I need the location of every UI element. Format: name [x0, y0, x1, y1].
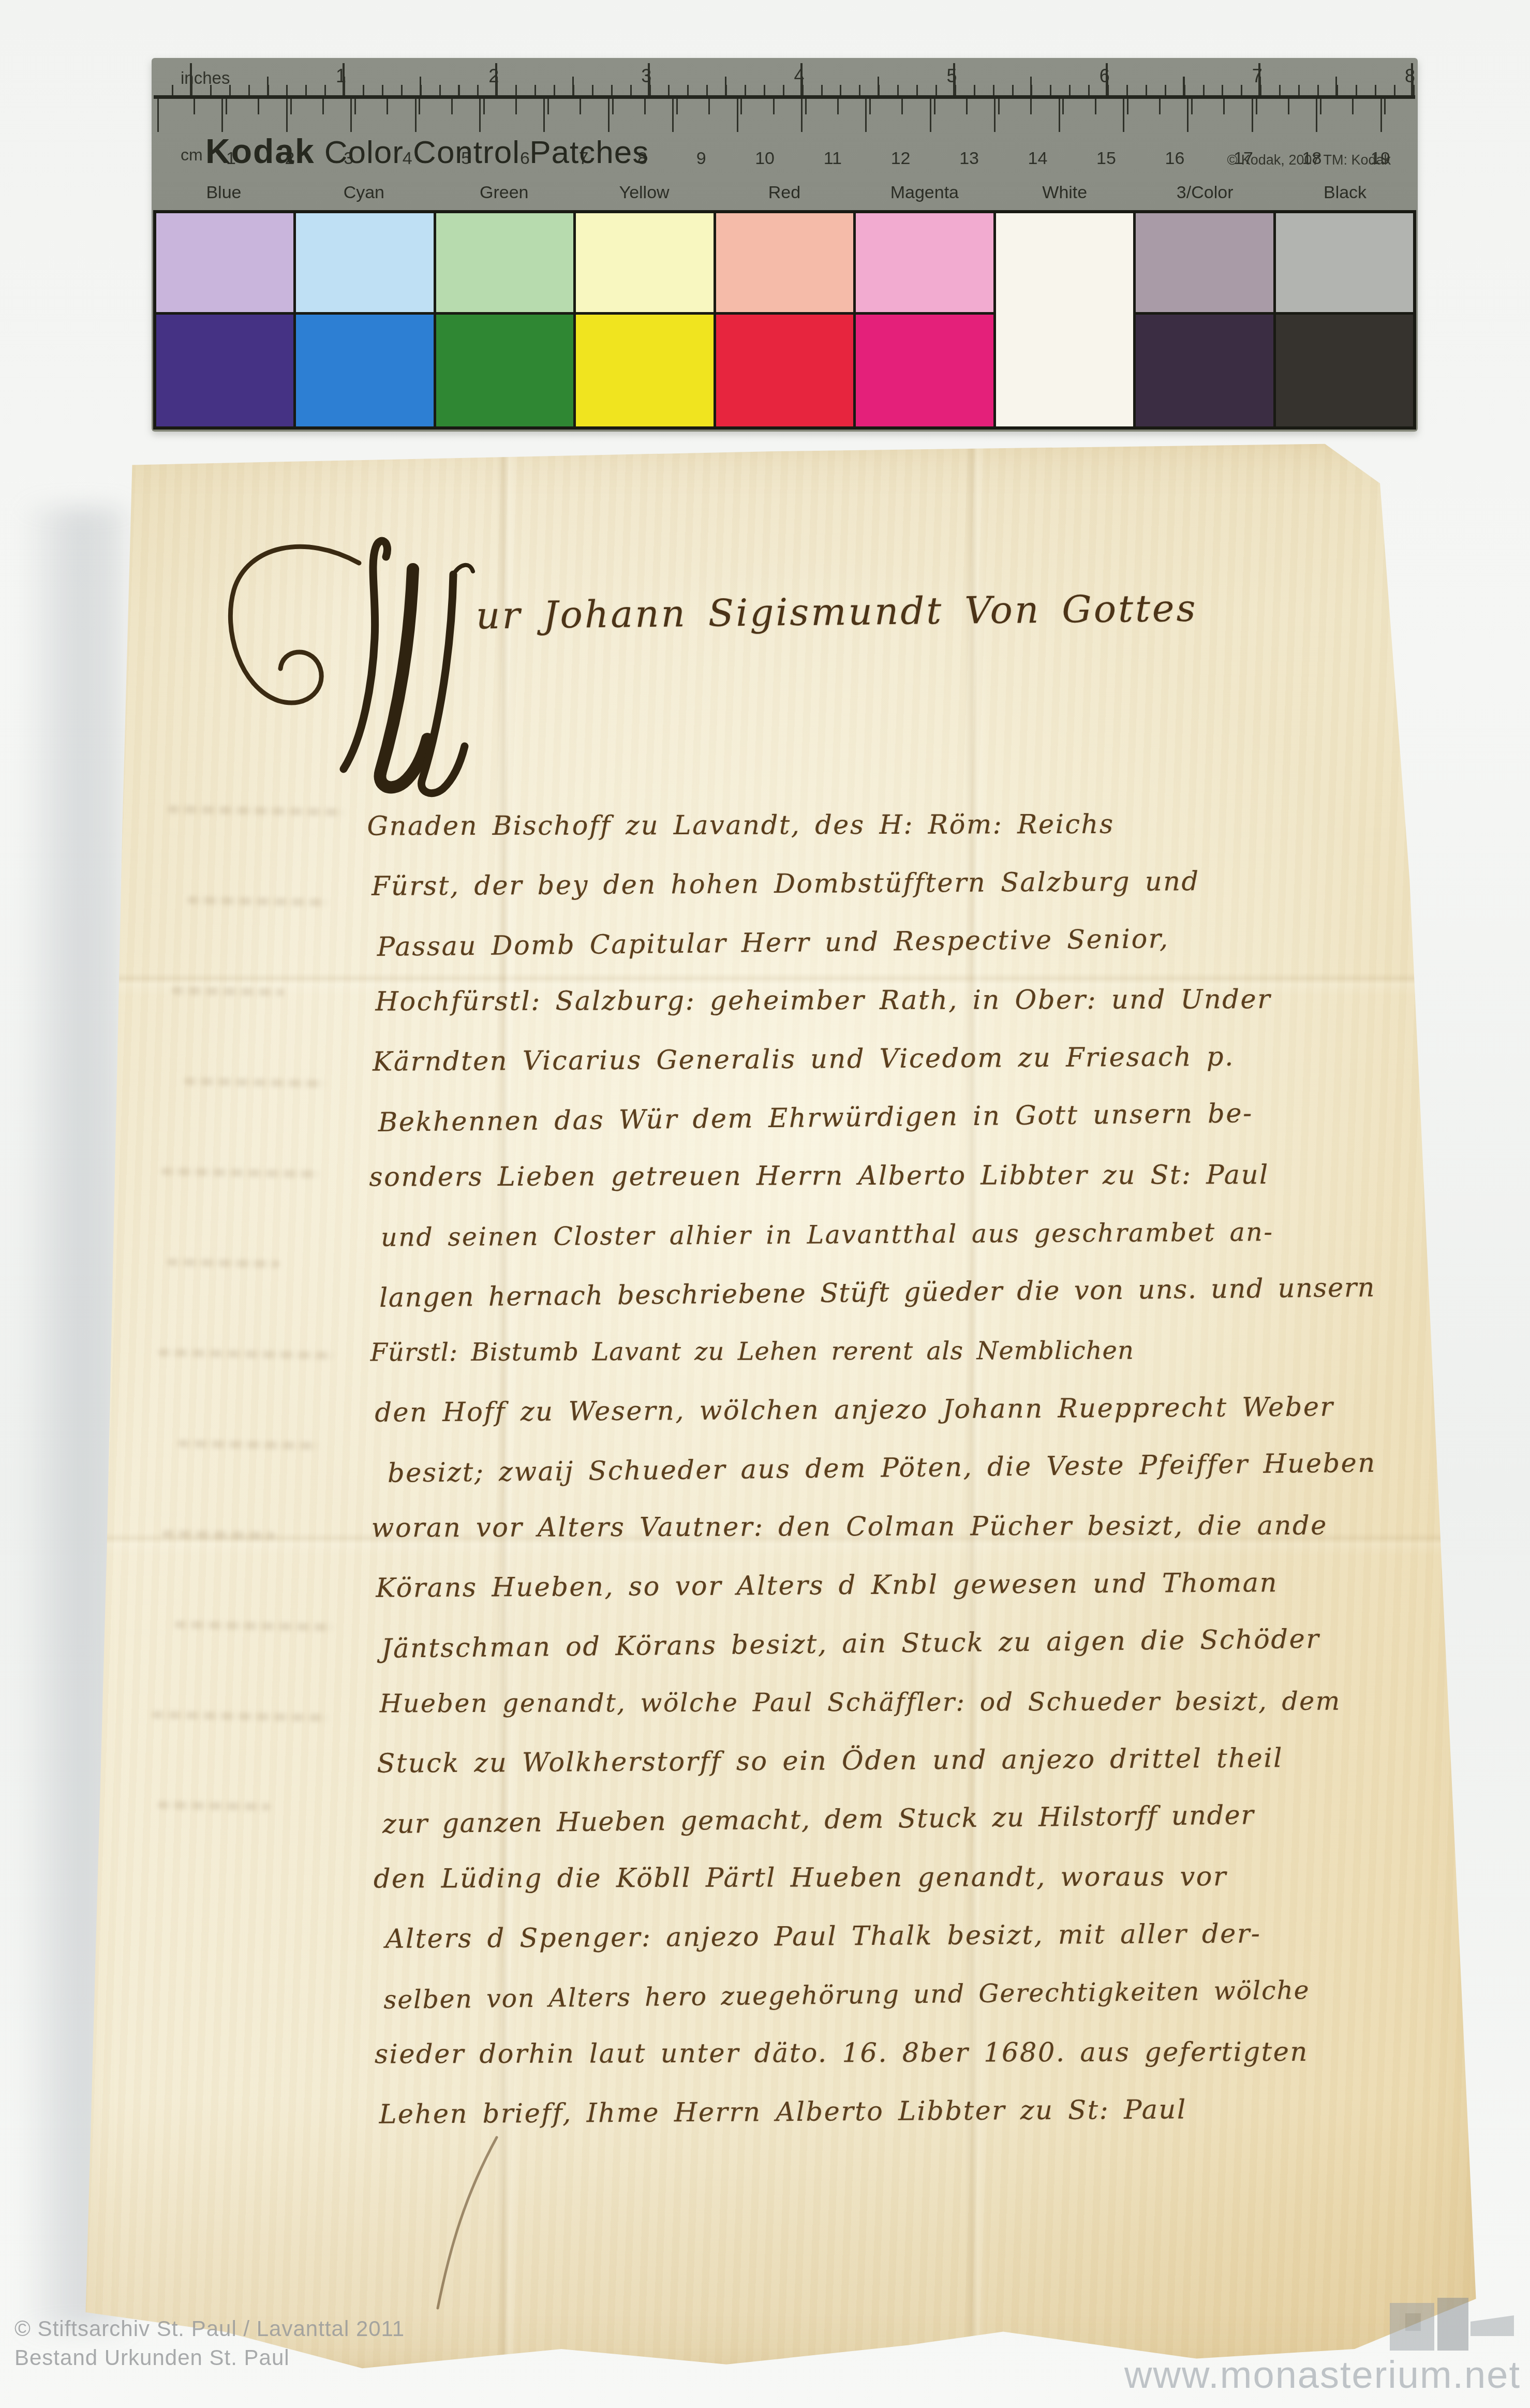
manuscript-line: Stuck zu Wolkherstorff so ein Öden und a…: [377, 1729, 1365, 1793]
patch-label: 3/Color: [1135, 178, 1275, 207]
kodak-brand: Kodak: [205, 132, 315, 170]
archival-scan-page: inches 12345678 cm 123456789101112131415…: [0, 0, 1530, 2408]
color-patch-column: [434, 213, 573, 426]
color-patch-dark: [1136, 315, 1273, 426]
patch-label: White: [994, 178, 1135, 207]
inch-number: 3: [641, 65, 651, 87]
patch-label: Black: [1275, 178, 1415, 207]
manuscript-line: besizt; zwaij Schueder aus dem Pöten, di…: [387, 1434, 1369, 1503]
color-bar-title: KodakColor Control Patches: [205, 131, 649, 171]
color-patch-light: [996, 213, 1133, 315]
color-patch-grid: [153, 210, 1416, 430]
inch-number: 5: [947, 65, 957, 87]
manuscript-line: sonders Lieben getreuen Herrn Alberto Li…: [369, 1146, 1357, 1207]
inch-number: 8: [1405, 65, 1415, 87]
inch-number: 6: [1100, 65, 1110, 87]
color-patch-dark: [1276, 315, 1413, 426]
color-patch-column: [293, 213, 433, 426]
archive-watermark: © Stiftsarchiv St. Paul / Lavanttal 2011…: [14, 2314, 405, 2372]
manuscript-line: woran vor Alters Vautner: den Colman Püc…: [372, 1497, 1360, 1558]
color-patch-light: [1136, 213, 1273, 315]
color-patch-dark: [716, 315, 853, 426]
color-patch-column: [156, 213, 293, 426]
color-patch-light: [436, 213, 573, 315]
manuscript-line: Passau Domb Capitular Herr und Respectiv…: [377, 908, 1365, 977]
manuscript-line: Hueben genandt, wölche Paul Schäffler: o…: [380, 1672, 1361, 1733]
color-patch-dark: [576, 315, 713, 426]
color-patch-light: [296, 213, 433, 315]
manuscript-line: den Hoff zu Wesern, wölchen anjezo Johan…: [375, 1378, 1363, 1442]
cm-number: 12: [891, 149, 911, 169]
color-patch-column: [1133, 213, 1273, 426]
cm-number: 13: [959, 149, 979, 169]
color-patch-dark: [296, 315, 433, 426]
manuscript-line: Jäntschman od Körans besizt, ain Stuck z…: [381, 1609, 1370, 1678]
ruler-inches-label: inches: [181, 68, 230, 88]
manuscript-line: und seinen Closter alhier in Lavantthal …: [381, 1202, 1362, 1267]
manuscript-line: langen hernach beschriebene Stüft güeder…: [379, 1259, 1368, 1327]
cm-number: 11: [824, 149, 842, 169]
color-patch-dark: [156, 315, 293, 426]
archive-watermark-line2: Bestand Urkunden St. Paul: [14, 2343, 405, 2372]
patch-label: Green: [434, 178, 574, 207]
inch-number: 4: [794, 65, 804, 87]
inch-number: 2: [488, 65, 499, 87]
manuscript-body: Gnaden Bischoff zu Lavandt, des H: Röm: …: [371, 793, 1368, 2144]
manuscript-line: Hochfürstl: Salzburg: geheimber Rath, in…: [375, 970, 1356, 1031]
color-patch-light: [156, 213, 293, 315]
manuscript-line: sieder dorhin laut unter däto. 16. 8ber …: [375, 2023, 1363, 2084]
manuscript-line: Fürstl: Bistumb Lavant zu Lehen rerent a…: [370, 1321, 1358, 1382]
monasterium-logo-watermark: [1390, 2298, 1514, 2355]
color-patch-light: [716, 213, 853, 315]
calligraphic-initial-w: [206, 532, 516, 822]
cm-number: 16: [1165, 149, 1185, 169]
cm-number: 9: [696, 149, 706, 169]
manuscript-line: Fürst, der bey den hohen Dombstüfftern S…: [372, 851, 1360, 916]
color-patch-dark: [996, 315, 1133, 426]
kodak-copyright: © Kodak, 2007 TM: Kodak: [1227, 152, 1391, 168]
color-patch-column: [573, 213, 713, 426]
monasterium-url-watermark: www.monasterium.net: [1124, 2353, 1521, 2397]
color-patch-dark: [856, 315, 993, 426]
archive-watermark-line1: © Stiftsarchiv St. Paul / Lavanttal 2011: [14, 2314, 405, 2343]
patch-label: Red: [715, 178, 855, 207]
kodak-color-control-bar: inches 12345678 cm 123456789101112131415…: [152, 58, 1418, 432]
manuscript-line: Körans Hueben, so vor Alters d Knbl gewe…: [376, 1553, 1364, 1618]
color-patch-light: [856, 213, 993, 315]
inch-number: 1: [336, 65, 346, 87]
color-patch-dark: [436, 315, 573, 426]
parchment-charter: ur Johann Sigismundt Von Gottes Gnaden B…: [67, 440, 1479, 2370]
cm-number: 10: [755, 149, 775, 169]
manuscript-line: Bekhennen das Wür dem Ehrwürdigen in Got…: [378, 1083, 1366, 1152]
manuscript-line: Alters d Spenger: anjezo Paul Thalk besi…: [385, 1904, 1366, 1969]
color-patch-light: [1276, 213, 1413, 315]
cm-number: 14: [1028, 149, 1048, 169]
color-bar-title-text: Color Control Patches: [324, 135, 649, 170]
inch-number: 7: [1252, 65, 1262, 87]
cm-number: 15: [1096, 149, 1116, 169]
manuscript-line: den Lüding die Köbll Pärtl Hueben genand…: [374, 1848, 1362, 1909]
ruler-inch-numbers: 12345678: [336, 65, 1415, 87]
patch-labels-row: BlueCyanGreenYellowRedMagentaWhite3/Colo…: [154, 178, 1415, 207]
patch-label: Blue: [154, 178, 294, 207]
manuscript-line: Gnaden Bischoff zu Lavandt, des H: Röm: …: [367, 795, 1355, 856]
ruler-inches: inches 12345678: [154, 61, 1415, 99]
color-patch-column: [993, 213, 1133, 426]
color-patch-column: [853, 213, 993, 426]
manuscript-line: selben von Alters hero zuegehörung und G…: [383, 1960, 1372, 2029]
manuscript-line: zur ganzen Hueben gemacht, dem Stuck zu …: [382, 1785, 1371, 1854]
manuscript-opening-line: ur Johann Sigismundt Von Gottes: [476, 584, 1408, 638]
show-through-text: [150, 805, 344, 1812]
patch-label: Cyan: [294, 178, 434, 207]
manuscript-line: Kärndten Vicarius Generalis und Vicedom …: [373, 1027, 1361, 1091]
pen-flourish: [388, 2132, 605, 2318]
color-patch-column: [714, 213, 853, 426]
color-patch-column: [1273, 213, 1413, 426]
patch-label: Yellow: [574, 178, 715, 207]
color-patch-light: [576, 213, 713, 315]
ruler-cm: cm 12345678910111213141516171819: [154, 99, 1415, 136]
patch-label: Magenta: [854, 178, 994, 207]
ruler-cm-label: cm: [181, 145, 203, 165]
